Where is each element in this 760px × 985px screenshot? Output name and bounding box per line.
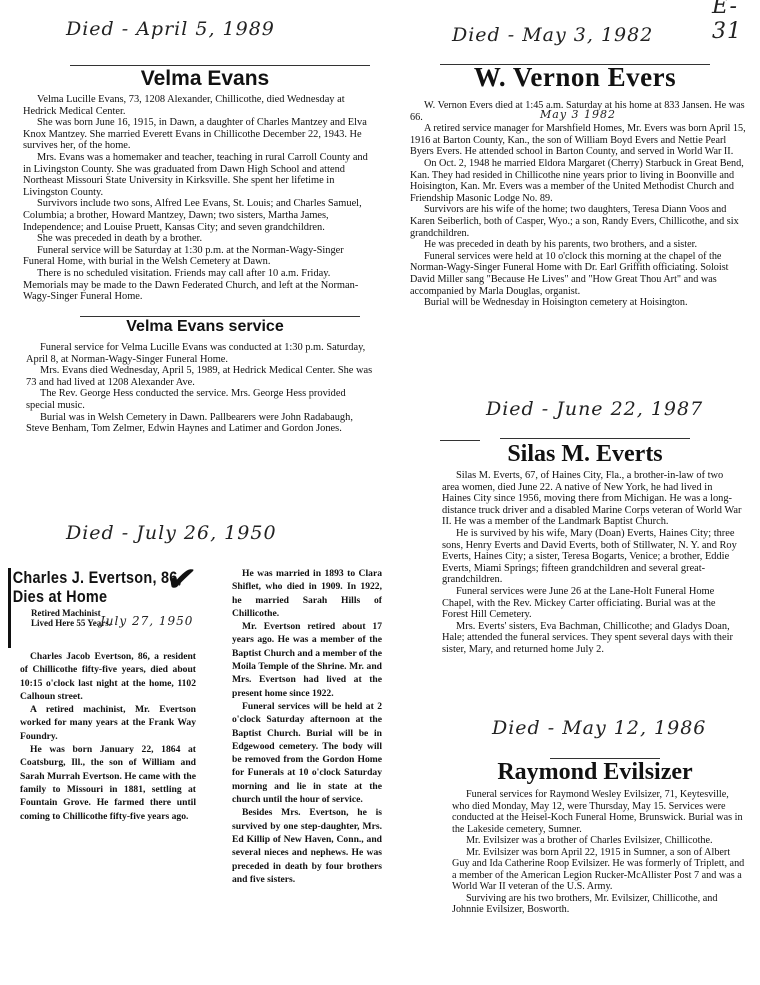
- paragraph: Mrs. Evans died Wednesday, April 5, 1989…: [26, 365, 376, 388]
- headline-box-charles-evertson: Charles J. Evertson, 86, Dies at Home Re…: [8, 568, 181, 648]
- headline-velma-evans: Velma Evans: [40, 67, 370, 91]
- handwritten-date-vernon-evers: Died - May 3, 1982: [452, 24, 653, 46]
- paragraph: Surviving are his two brothers, Mr. Evil…: [452, 893, 748, 916]
- handwritten-note-charles-evertson: July 27, 1950: [100, 614, 193, 628]
- article-silas-everts: Silas M. Everts, 67, of Haines City, Fla…: [442, 470, 742, 656]
- paragraph: Funeral service for Velma Lucille Evans …: [26, 342, 376, 365]
- paragraph: Survivors include two sons, Alfred Lee E…: [23, 198, 375, 233]
- paragraph: Mrs. Everts' sisters, Eva Bachman, Chill…: [442, 621, 742, 656]
- paragraph: Charles Jacob Evertson, 86, a resident o…: [20, 650, 196, 703]
- paragraph: Funeral services will be held at 2 o'clo…: [232, 700, 382, 806]
- article-charles-evertson-col1: Charles Jacob Evertson, 86, a resident o…: [20, 650, 196, 823]
- paragraph: Funeral services were held at 10 o'clock…: [410, 251, 746, 297]
- paragraph: He was preceded in death by his parents,…: [410, 239, 746, 251]
- article-charles-evertson-col2: He was married in 1893 to Clara Shiflet,…: [232, 567, 382, 886]
- handwritten-date-velma-evans: Died - April 5, 1989: [66, 18, 275, 40]
- handwritten-date-charles-evertson: Died - July 26, 1950: [66, 522, 277, 544]
- paragraph: W. Vernon Evers died at 1:45 a.m. Saturd…: [410, 100, 746, 123]
- article-velma-evans: Velma Lucille Evans, 73, 1208 Alexander,…: [23, 94, 375, 303]
- paragraph: A retired service manager for Marshfield…: [410, 123, 746, 158]
- checkmark-icon: ✔: [164, 560, 199, 598]
- headline-velma-evans-service: Velma Evans service: [40, 318, 370, 336]
- paragraph: Mr. Evertson retired about 17 years ago.…: [232, 620, 382, 700]
- paragraph: Mr. Evilsizer was born April 22, 1915 in…: [452, 847, 748, 893]
- headline-vernon-evers: W. Vernon Evers: [410, 62, 740, 93]
- paragraph: Survivors are his wife of the home; two …: [410, 204, 746, 239]
- paragraph: Funeral services for Raymond Wesley Evil…: [452, 789, 748, 835]
- headline-charles-evertson: Charles J. Evertson, 86, Dies at Home: [11, 568, 183, 606]
- handwritten-date-silas-everts: Died - June 22, 1987: [486, 398, 703, 420]
- paragraph: Burial was in Welsh Cemetery in Dawn. Pa…: [26, 412, 376, 435]
- divider: [80, 316, 360, 317]
- article-vernon-evers: W. Vernon Evers died at 1:45 a.m. Saturd…: [410, 100, 746, 309]
- article-raymond-evilsizer: Funeral services for Raymond Wesley Evil…: [452, 789, 748, 916]
- paragraph: Besides Mrs. Evertson, he is survived by…: [232, 806, 382, 886]
- paragraph: He is survived by his wife, Mary (Doan) …: [442, 528, 742, 586]
- divider: [70, 65, 370, 66]
- headline-silas-everts: Silas M. Everts: [440, 441, 730, 468]
- paragraph: He was born January 22, 1864 at Coatsbur…: [20, 743, 196, 823]
- page-mark: E-31: [712, 0, 760, 44]
- paragraph: He was married in 1893 to Clara Shiflet,…: [232, 567, 382, 620]
- paragraph: There is no scheduled visitation. Friend…: [23, 268, 375, 303]
- paragraph: A retired machinist, Mr. Evertson worked…: [20, 703, 196, 743]
- paragraph: Mr. Evilsizer was a brother of Charles E…: [452, 835, 748, 847]
- paragraph: Burial will be Wednesday in Hoisington c…: [410, 297, 746, 309]
- headline-raymond-evilsizer: Raymond Evilsizer: [450, 759, 740, 786]
- paragraph: On Oct. 2, 1948 he married Eldora Margar…: [410, 158, 746, 204]
- paragraph: Silas M. Everts, 67, of Haines City, Fla…: [442, 470, 742, 528]
- paragraph: Funeral services were June 26 at the Lan…: [442, 586, 742, 621]
- paragraph: She was preceded in death by a brother.: [23, 233, 375, 245]
- handwritten-date-raymond-evilsizer: Died - May 12, 1986: [492, 717, 706, 739]
- article-velma-evans-service: Funeral service for Velma Lucille Evans …: [26, 342, 376, 435]
- paragraph: She was born June 16, 1915, in Dawn, a d…: [23, 117, 375, 152]
- paragraph: The Rev. George Hess conducted the servi…: [26, 388, 376, 411]
- paragraph: Funeral service will be Saturday at 1:30…: [23, 245, 375, 268]
- divider: [500, 438, 690, 439]
- paragraph: Mrs. Evans was a homemaker and teacher, …: [23, 152, 375, 198]
- paragraph: Velma Lucille Evans, 73, 1208 Alexander,…: [23, 94, 375, 117]
